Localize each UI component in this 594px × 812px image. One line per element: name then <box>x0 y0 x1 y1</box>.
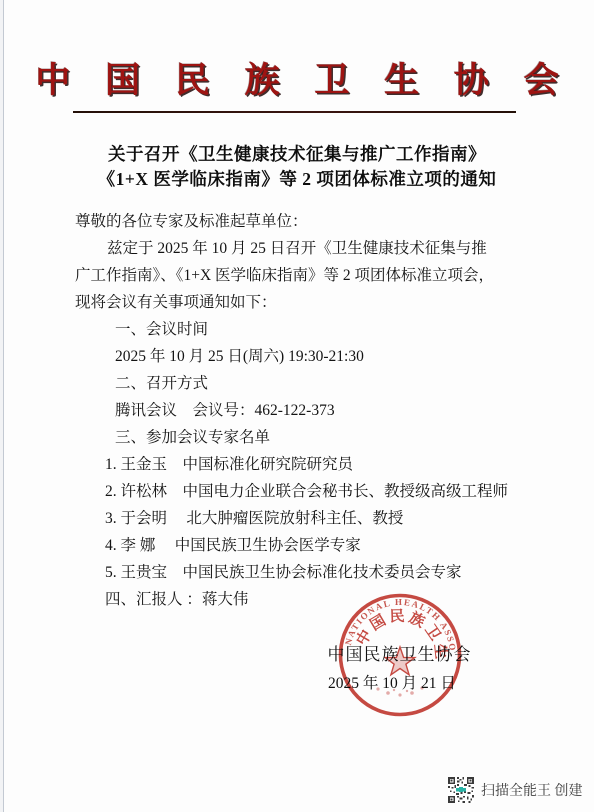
scan-edge-line <box>3 0 4 812</box>
paragraph-line: 兹定于 2025 年 10 月 25 日召开《卫生健康技术征集与推 <box>75 235 523 262</box>
expert-item: 4. 李 娜 中国民族卫生协会医学专家 <box>75 532 523 559</box>
meeting-time-value: 2025 年 10 月 25 日(周六) 19:30-21:30 <box>75 343 523 370</box>
letterhead-org-name: 中 国 民 族 卫 生 协 会 <box>0 53 594 103</box>
section-meeting-time: 一、会议时间 <box>75 316 523 343</box>
meeting-mode-value: 腾讯会议 会议号：462-122-373 <box>75 397 523 424</box>
paragraph-line: 现将会议有关事项通知如下： <box>75 289 523 316</box>
expert-item: 1. 王金玉 中国标准化研究院研究员 <box>75 451 523 478</box>
scanner-watermark: 扫描全能王 创建 <box>448 776 583 803</box>
seal-bottom-marks <box>376 686 423 696</box>
notice-title-line1: 关于召开《卫生健康技术征集与推广工作指南》 <box>40 142 554 167</box>
section-expert-list: 三、参加会议专家名单 <box>75 424 523 451</box>
paragraph-line: 广工作指南》、《1+X 医学临床指南》等 2 项团体标准立项会， <box>75 262 523 289</box>
notice-body: 尊敬的各位专家及标准起草单位： 兹定于 2025 年 10 月 25 日召开《卫… <box>75 208 523 613</box>
expert-item: 2. 许松林 中国电力企业联合会秘书长、教授级高级工程师 <box>75 478 523 505</box>
expert-item: 3. 于会明 北大肿瘤医院放射科主任、教授 <box>75 505 523 532</box>
official-red-seal: NATIONAL HEALTH ASSOCIATION 中国民族卫生协会 <box>330 585 470 725</box>
scanner-watermark-label: 扫描全能王 创建 <box>481 780 583 800</box>
expert-item: 5. 王贵宝 中国民族卫生协会标准化技术委员会专家 <box>75 559 523 586</box>
notice-title-line2: 《1+X 医学临床指南》等 2 项团体标准立项的通知 <box>40 167 554 192</box>
notice-title: 关于召开《卫生健康技术征集与推广工作指南》 《1+X 医学临床指南》等 2 项团… <box>40 142 554 192</box>
scanned-notice-page: { "letterhead": { "org_name": "中 国 民 族 卫… <box>0 0 594 812</box>
qr-code-icon <box>448 777 474 803</box>
seal-star-icon <box>385 647 415 675</box>
salutation: 尊敬的各位专家及标准起草单位： <box>75 208 523 235</box>
letterhead-divider <box>73 111 516 113</box>
section-meeting-mode: 二、召开方式 <box>75 370 523 397</box>
